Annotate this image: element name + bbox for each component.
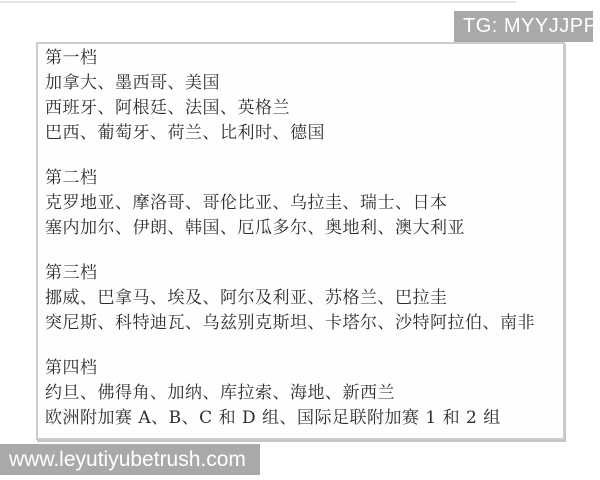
website-watermark: www.leyutiyubetrush.com	[0, 444, 260, 475]
pot-4-title: 第四档	[45, 356, 557, 381]
pot-4-line-2: 欧洲附加赛 A、B、C 和 D 组、国际足联附加赛 1 和 2 组	[45, 406, 557, 431]
pot-2-line-2: 塞内加尔、伊朗、韩国、厄瓜多尔、奥地利、澳大利亚	[45, 216, 557, 241]
pot-3-line-2: 突尼斯、科特迪瓦、乌兹别克斯坦、卡塔尔、沙特阿拉伯、南非	[45, 311, 557, 336]
pot-3-title: 第三档	[45, 261, 557, 286]
telegram-watermark: TG: MYYJJPP	[454, 11, 593, 42]
pot-3-section: 第三档 挪威、巴拿马、埃及、阿尔及利亚、苏格兰、巴拉圭 突尼斯、科特迪瓦、乌兹别…	[45, 261, 557, 336]
pot-2-section: 第二档 克罗地亚、摩洛哥、哥伦比亚、乌拉圭、瑞士、日本 塞内加尔、伊朗、韩国、厄…	[45, 166, 557, 241]
pot-4-section: 第四档 约旦、佛得角、加纳、库拉索、海地、新西兰 欧洲附加赛 A、B、C 和 D…	[45, 356, 557, 431]
pot-1-line-3: 巴西、葡萄牙、荷兰、比利时、德国	[45, 121, 557, 146]
pot-1-section: 第一档 加拿大、墨西哥、美国 西班牙、阿根廷、法国、英格兰 巴西、葡萄牙、荷兰、…	[45, 46, 557, 146]
pot-1-title: 第一档	[45, 46, 557, 71]
pots-list-document: 第一档 加拿大、墨西哥、美国 西班牙、阿根廷、法国、英格兰 巴西、葡萄牙、荷兰、…	[36, 42, 565, 440]
pot-1-line-1: 加拿大、墨西哥、美国	[45, 71, 557, 96]
screenshot-top-edge-line	[0, 1, 516, 3]
pot-3-line-1: 挪威、巴拿马、埃及、阿尔及利亚、苏格兰、巴拉圭	[45, 286, 557, 311]
pot-1-line-2: 西班牙、阿根廷、法国、英格兰	[45, 96, 557, 121]
pot-2-title: 第二档	[45, 166, 557, 191]
pot-4-line-1: 约旦、佛得角、加纳、库拉索、海地、新西兰	[45, 381, 557, 406]
pot-2-line-1: 克罗地亚、摩洛哥、哥伦比亚、乌拉圭、瑞士、日本	[45, 191, 557, 216]
